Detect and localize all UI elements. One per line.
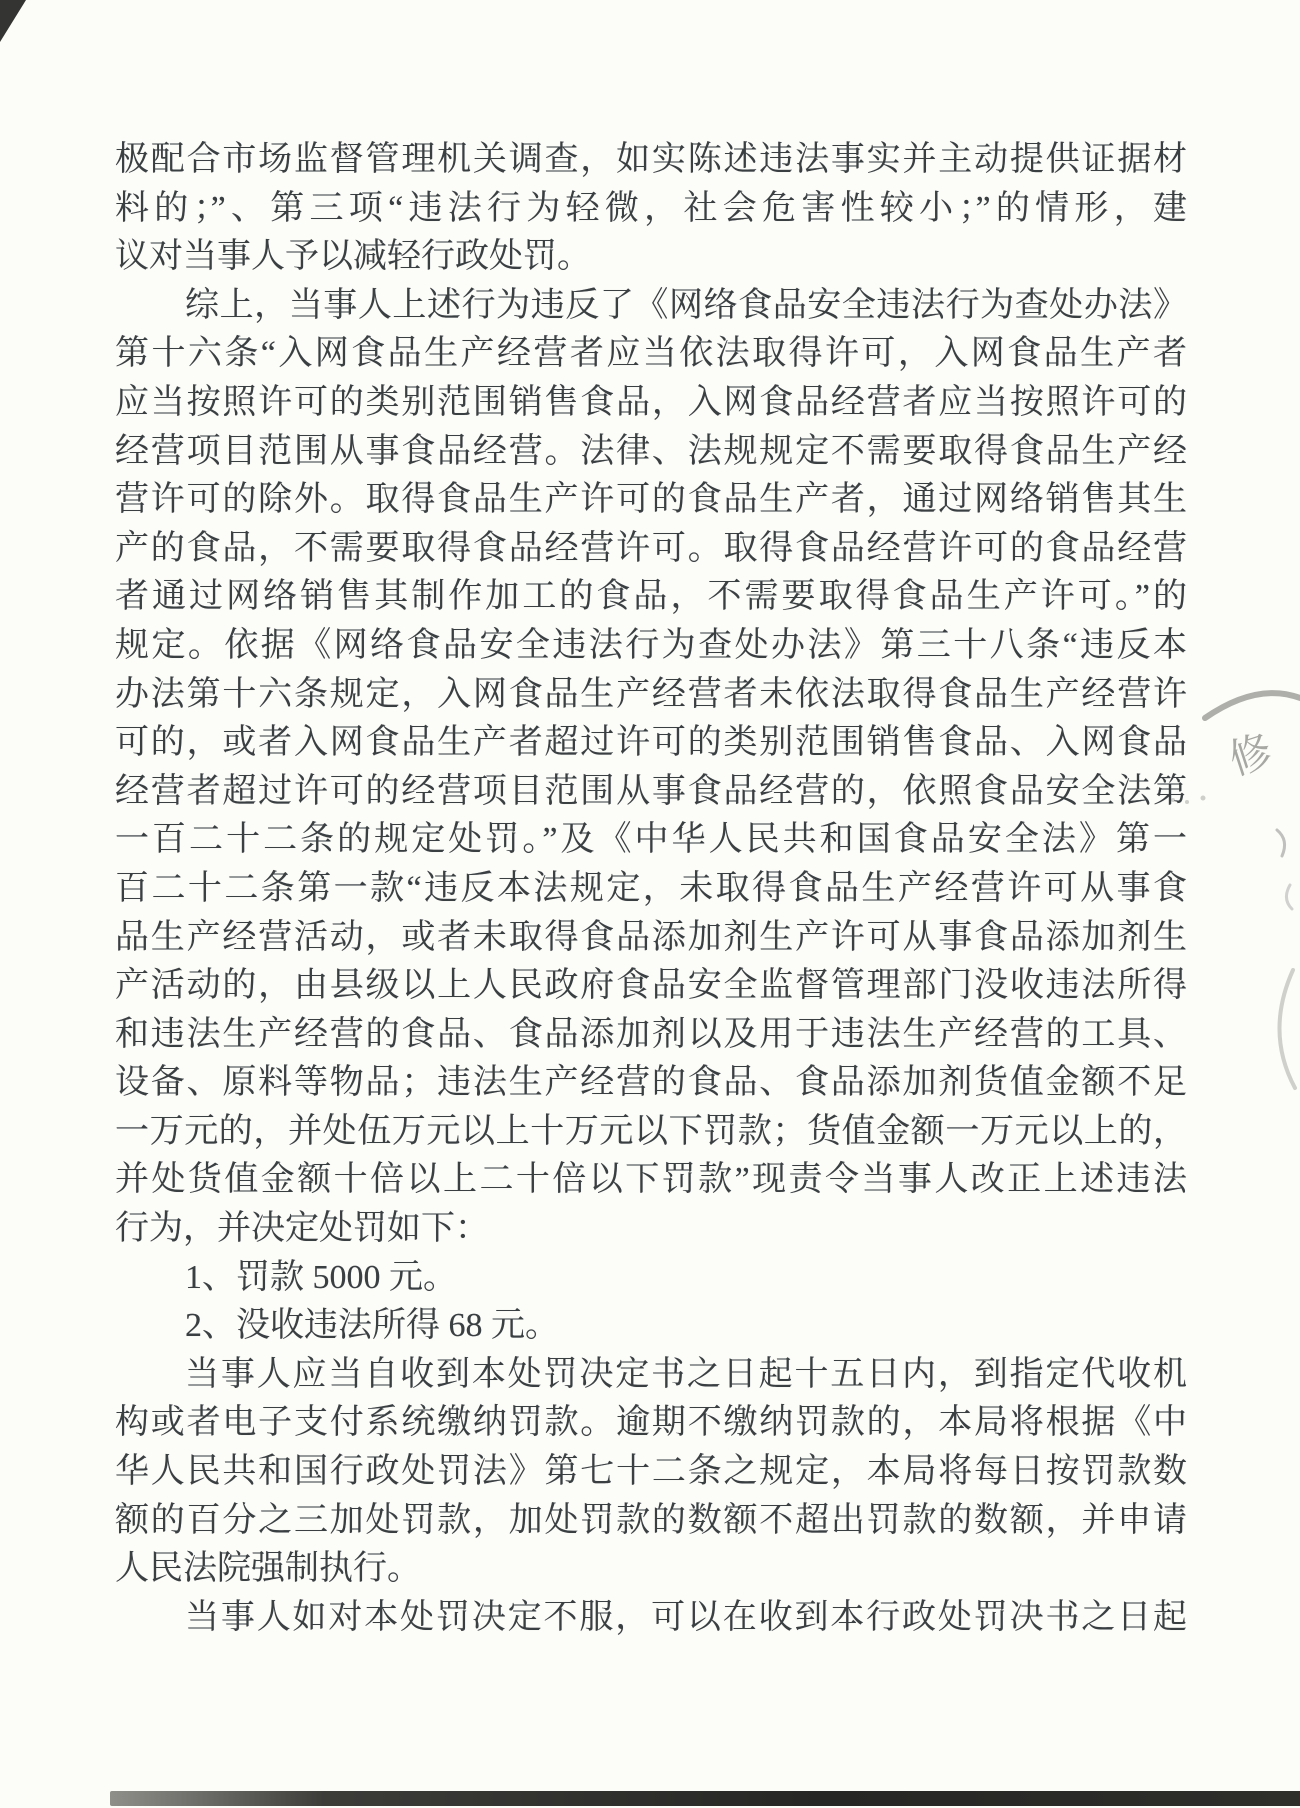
document-line: 产活动的，由县级以上人民政府食品安全监督管理部门没收违法所得 (115, 962, 1187, 1011)
document-line: 构或者电子支付系统缴纳罚款。逾期不缴纳罚款的，本局将根据《中 (115, 1399, 1187, 1448)
seal-speck (1201, 796, 1206, 801)
document-line: 华人民共和国行政处罚法》第七十二条之规定，本局将每日按罚款数 (115, 1448, 1187, 1497)
document-line: 规定。依据《网络食品安全违法行为查处办法》第三十八条“违反本 (115, 622, 1187, 671)
document-line: 议对当事人予以减轻行政处罚。 (115, 233, 1187, 282)
document-line: 设备、原料等物品；违法生产经营的食品、食品添加剂货值金额不足 (115, 1059, 1187, 1108)
document-line: 经营项目范围从事食品经营。法律、法规规定不需要取得食品生产经 (115, 428, 1187, 477)
document-line: 可的，或者入网食品生产者超过许可的类别范围销售食品、入网食品 (115, 719, 1187, 768)
seal-character: 修 (1224, 728, 1278, 785)
document-body: 极配合市场监督管理机关调查，如实陈述违法事实并主动提供证据材料的；”、第三项“违… (115, 136, 1187, 1642)
document-line: 当事人应当自收到本处罚决定书之日起十五日内，到指定代收机 (115, 1351, 1187, 1400)
document-line: 品生产经营活动，或者未取得食品添加剂生产许可从事食品添加剂生 (115, 914, 1187, 963)
document-line: 一万元的，并处伍万元以上十万元以下罚款；货值金额一万元以上的， (115, 1108, 1187, 1157)
document-line: 和违法生产经营的食品、食品添加剂以及用于违法生产经营的工具、 (115, 1011, 1187, 1060)
document-line: 1、罚款 5000 元。 (115, 1254, 1187, 1303)
document-line: 极配合市场监督管理机关调查，如实陈述违法事实并主动提供证据材 (115, 136, 1187, 185)
document-line: 产的食品，不需要取得食品经营许可。取得食品经营许可的食品经营 (115, 525, 1187, 574)
scanned-document-page: 极配合市场监督管理机关调查，如实陈述违法事实并主动提供证据材料的；”、第三项“违… (0, 0, 1300, 1808)
document-line: 2、没收违法所得 68 元。 (115, 1302, 1187, 1351)
document-line: 应当按照许可的类别范围销售食品，入网食品经营者应当按照许可的 (115, 379, 1187, 428)
seal-mark (1277, 830, 1285, 856)
document-line: 料的；”、第三项“违法行为轻微，社会危害性较小；”的情形，建 (115, 185, 1187, 234)
document-line: 当事人如对本处罚决定不服，可以在收到本行政处罚决书之日起 (115, 1594, 1187, 1643)
seal-arc-bottom (1279, 970, 1295, 1088)
document-line: 经营者超过许可的经营项目范围从事食品经营的，依照食品安全法第 (115, 768, 1187, 817)
document-line: 者通过网络销售其制作加工的食品，不需要取得食品生产许可。”的 (115, 573, 1187, 622)
document-line: 额的百分之三加处罚款，加处罚款的数额不超出罚款的数额，并申请 (115, 1497, 1187, 1546)
seal-mark (1286, 885, 1292, 909)
scan-edge-artifact (110, 1791, 1300, 1806)
scan-corner-artifact (0, 0, 26, 42)
document-line: 百二十二条第一款“违反本法规定，未取得食品生产经营许可从事食 (115, 865, 1187, 914)
document-line: 营许可的除外。取得食品生产许可的食品生产者，通过网络销售其生 (115, 476, 1187, 525)
document-line: 一百二十二条的规定处罚。”及《中华人民共和国食品安全法》第一 (115, 816, 1187, 865)
document-line: 并处货值金额十倍以上二十倍以下罚款”现责令当事人改正上述违法 (115, 1156, 1187, 1205)
document-line: 第十六条“入网食品生产经营者应当依法取得许可，入网食品生产者 (115, 330, 1187, 379)
seal-arc-top (1205, 693, 1300, 718)
document-line: 行为，并决定处罚如下： (115, 1205, 1187, 1254)
document-line: 综上，当事人上述行为违反了《网络食品安全违法行为查处办法》 (115, 282, 1187, 331)
document-line: 人民法院强制执行。 (115, 1545, 1187, 1594)
document-line: 办法第十六条规定，入网食品生产经营者未依法取得食品生产经营许 (115, 671, 1187, 720)
